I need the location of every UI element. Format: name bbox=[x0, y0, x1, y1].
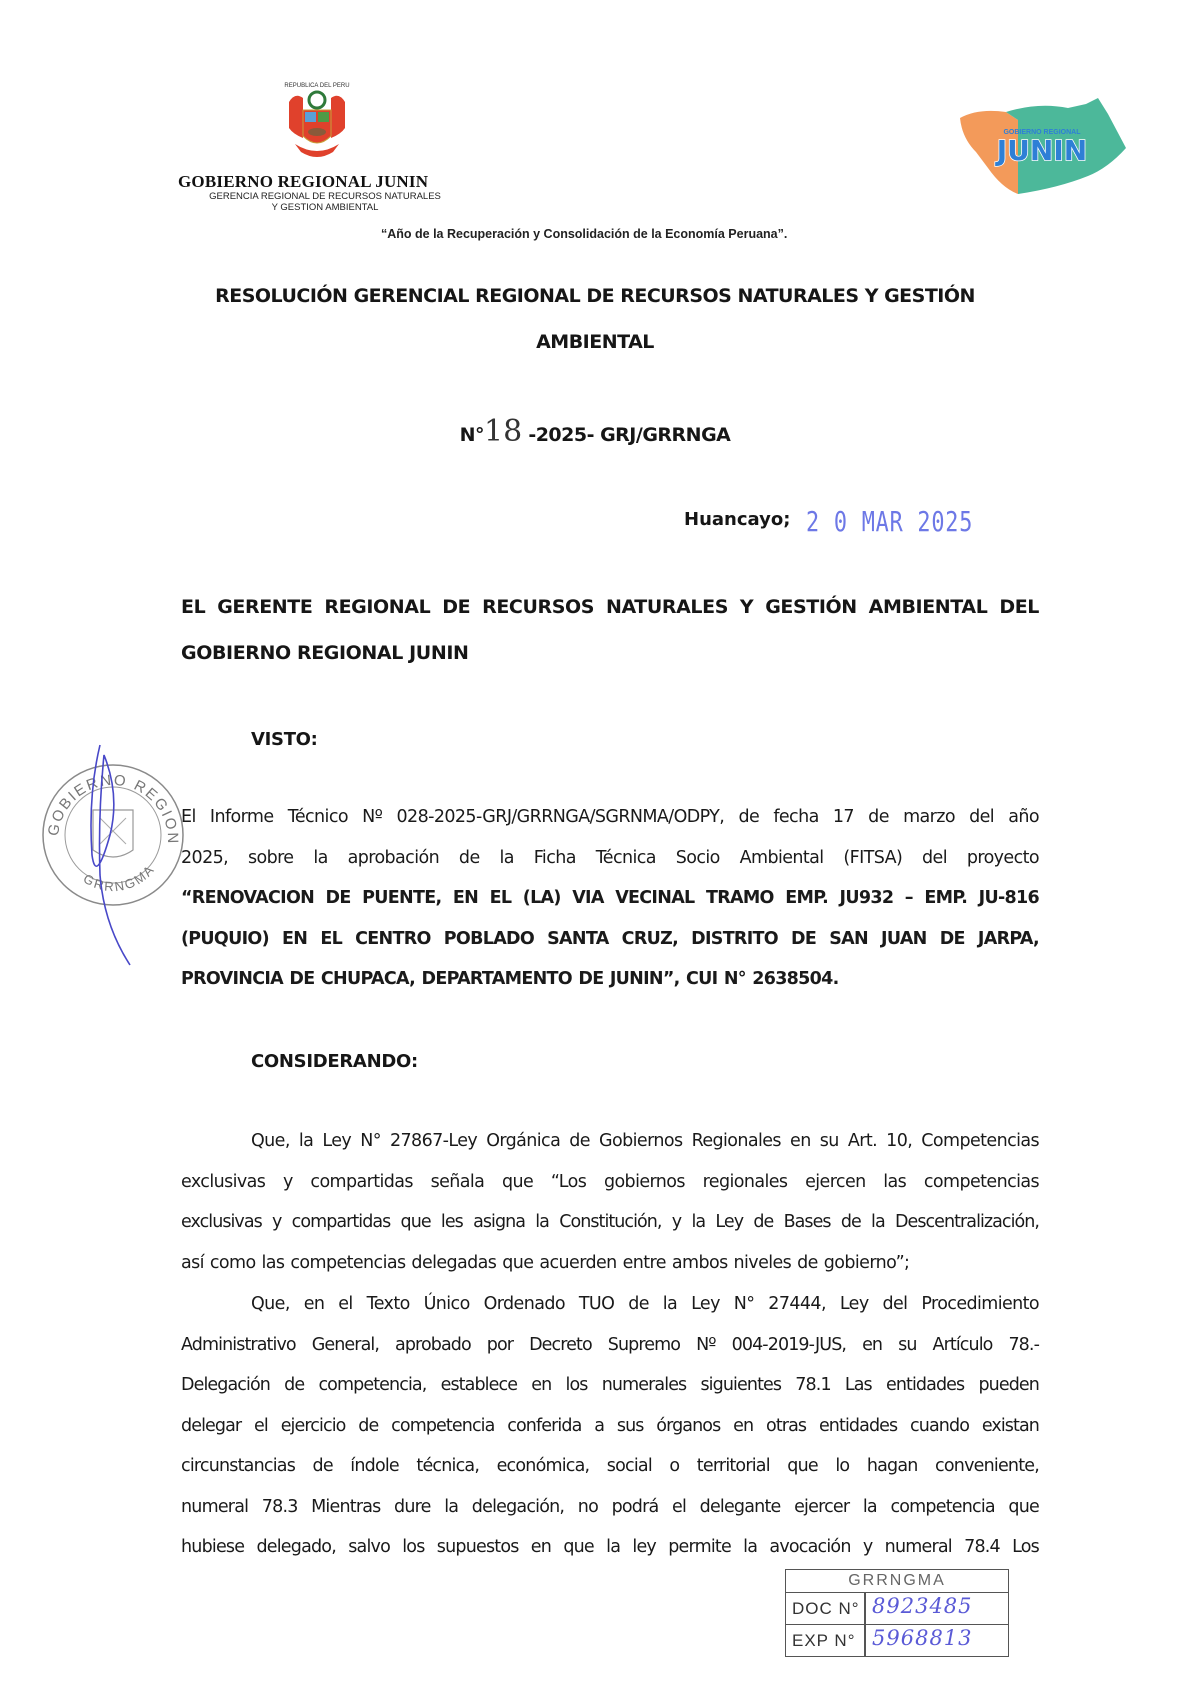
svg-text:JUNIN: JUNIN bbox=[995, 134, 1087, 167]
subtitle-line-2: Y GESTION AMBIENTAL bbox=[190, 202, 460, 213]
doc-number-label: DOC N° bbox=[792, 1599, 860, 1619]
registry-stamp: GRRNGMA DOC N° 8923485 EXP N° 5968813 bbox=[785, 1569, 1009, 1657]
visto-line: “RENOVACION DE PUENTE, EN EL (LA) VIA VE… bbox=[181, 878, 1039, 919]
visto-line: PROVINCIA DE CHUPACA, DEPARTAMENTO DE JU… bbox=[181, 959, 1039, 1000]
exp-number-value: 5968813 bbox=[872, 1626, 973, 1650]
visto-line: (PUQUIO) EN EL CENTRO POBLADO SANTA CRUZ… bbox=[181, 919, 1039, 960]
year-motto: “Año de la Recuperación y Consolidación … bbox=[381, 227, 787, 241]
date-stamp: 2 0 MAR 2025 bbox=[806, 505, 973, 538]
paragraph-line: exclusivas y compartidas señala que “Los… bbox=[181, 1162, 1039, 1203]
handwritten-number: 18 bbox=[484, 414, 522, 449]
resolution-title-line-2: AMBIENTAL bbox=[0, 331, 1190, 353]
paragraph-line: numeral 78.3 Mientras dure la delegación… bbox=[181, 1487, 1039, 1528]
doc-number-value: 8923485 bbox=[872, 1594, 973, 1618]
registry-header: GRRNGMA bbox=[786, 1570, 1008, 1592]
paragraph-line: hubiese delegado, salvo los supuestos en… bbox=[181, 1527, 1039, 1568]
paragraph-line: Que, la Ley N° 27867-Ley Orgánica de Gob… bbox=[181, 1121, 1039, 1162]
paragraph-line: delegar el ejercicio de competencia conf… bbox=[181, 1406, 1039, 1447]
authority-line-2: GOBIERNO REGIONAL JUNIN bbox=[181, 642, 1039, 664]
visto-line: 2025, sobre la aprobación de la Ficha Té… bbox=[181, 838, 1039, 879]
handwritten-signature bbox=[70, 735, 190, 970]
considerando-paragraph-1: Que, la Ley N° 27867-Ley Orgánica de Gob… bbox=[181, 1121, 1039, 1283]
place-label: Huancayo; bbox=[684, 509, 790, 530]
registry-column-divider bbox=[864, 1592, 866, 1656]
considerando-paragraph-2: Que, en el Texto Único Ordenado TUO de l… bbox=[181, 1284, 1039, 1568]
exp-number-label: EXP N° bbox=[792, 1631, 856, 1651]
considerando-heading: CONSIDERANDO: bbox=[251, 1051, 418, 1072]
institution-subtitle: GERENCIA REGIONAL DE RECURSOS NATURALES … bbox=[190, 191, 460, 213]
authority-line-1: EL GERENTE REGIONAL DE RECURSOS NATURALE… bbox=[181, 596, 1039, 618]
paragraph-line: Administrativo General, aprobado por Dec… bbox=[181, 1325, 1039, 1366]
peru-coat-of-arms-icon: REPUBLICA DEL PERU bbox=[281, 78, 353, 168]
paragraph-line: exclusivas y compartidas que les asigna … bbox=[181, 1202, 1039, 1243]
number-prefix: N° bbox=[460, 424, 484, 446]
resolution-title-line-1: RESOLUCIÓN GERENCIAL REGIONAL DE RECURSO… bbox=[0, 285, 1190, 307]
number-suffix: -2025- GRJ/GRRNGA bbox=[522, 424, 730, 446]
resolution-number: N°18 -2025- GRJ/GRRNGA bbox=[0, 414, 1190, 449]
paragraph-line: así como las competencias delegadas que … bbox=[181, 1243, 1039, 1284]
registry-divider bbox=[786, 1624, 1008, 1625]
paragraph-line: circunstancias de índole técnica, económ… bbox=[181, 1446, 1039, 1487]
registry-divider bbox=[786, 1592, 1008, 1593]
junin-region-logo: GOBIERNO REGIONAL JUNIN bbox=[958, 98, 1128, 194]
subtitle-line-1: GERENCIA REGIONAL DE RECURSOS NATURALES bbox=[190, 191, 460, 202]
visto-heading: VISTO: bbox=[251, 729, 318, 750]
visto-line: El Informe Técnico Nº 028-2025-GRJ/GRRNG… bbox=[181, 797, 1039, 838]
institution-name: GOBIERNO REGIONAL JUNIN bbox=[178, 172, 428, 192]
svg-text:REPUBLICA DEL PERU: REPUBLICA DEL PERU bbox=[284, 83, 349, 89]
paragraph-line: Que, en el Texto Único Ordenado TUO de l… bbox=[181, 1284, 1039, 1325]
paragraph-line: Delegación de competencia, establece en … bbox=[181, 1365, 1039, 1406]
visto-paragraph: El Informe Técnico Nº 028-2025-GRJ/GRRNG… bbox=[181, 797, 1039, 1000]
